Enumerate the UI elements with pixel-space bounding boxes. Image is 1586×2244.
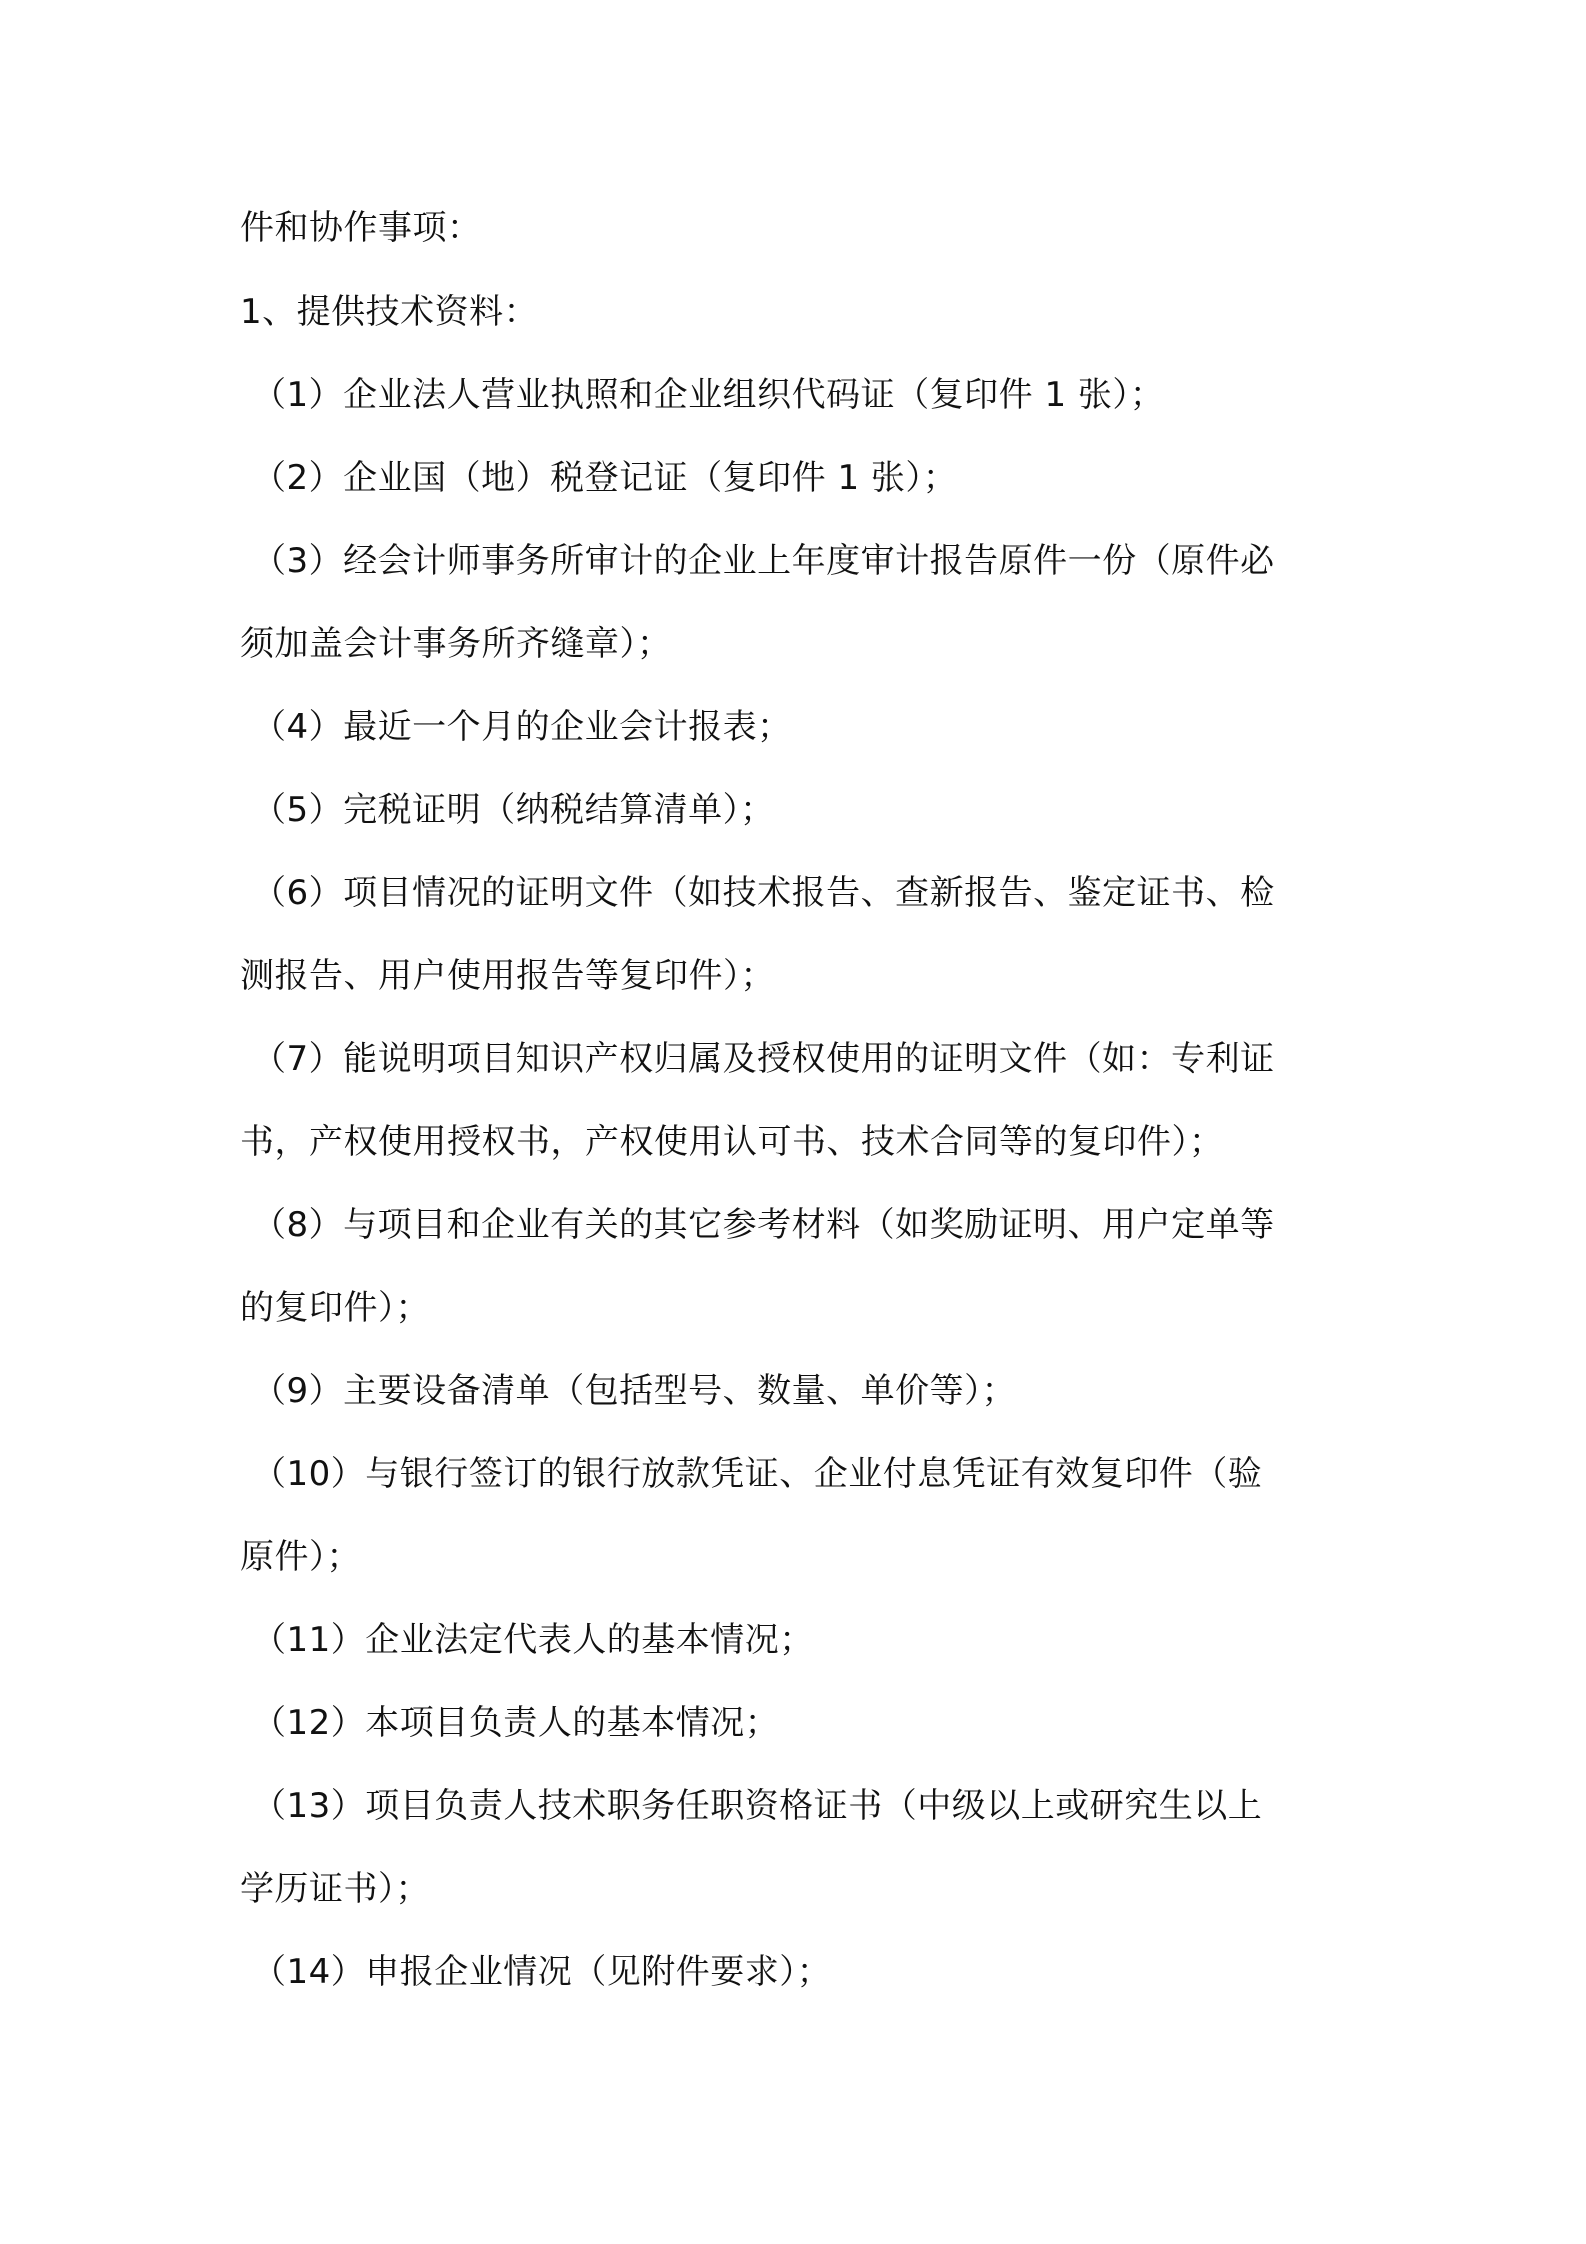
list-item-5: （5）完税证明（纳税结算清单）；	[252, 790, 775, 830]
list-item-4: （4）最近一个月的企业会计报表；	[252, 707, 792, 747]
list-item-8-continued: 的复印件）；	[240, 1288, 430, 1328]
list-item-13: （13）项目负责人技术职务任职资格证书（中级以上或研究生以上	[252, 1786, 1262, 1826]
list-item-3: （3）经会计师事务所审计的企业上年度审计报告原件一份（原件必	[252, 541, 1275, 581]
list-item-7: （7）能说明项目知识产权归属及授权使用的证明文件（如：专利证	[252, 1039, 1275, 1079]
list-item-1: （1）企业法人营业执照和企业组织代码证（复印件 1 张）；	[252, 375, 1164, 415]
list-item-14: （14）申报企业情况（见附件要求）；	[252, 1952, 831, 1992]
list-item-11: （11）企业法定代表人的基本情况；	[252, 1620, 814, 1660]
section-heading-technical-materials: 1、提供技术资料：	[240, 292, 538, 332]
list-item-10-continued: 原件）；	[240, 1537, 361, 1577]
list-item-6: （6）项目情况的证明文件（如技术报告、查新报告、鉴定证书、检	[252, 873, 1275, 913]
document-page: 件和协作事项： 1、提供技术资料： （1）企业法人营业执照和企业组织代码证（复印…	[0, 0, 1586, 2244]
list-item-9: （9）主要设备清单（包括型号、数量、单价等）；	[252, 1371, 1016, 1411]
list-item-13-continued: 学历证书）；	[240, 1869, 430, 1909]
list-item-10: （10）与银行签订的银行放款凭证、企业付息凭证有效复印件（验	[252, 1454, 1262, 1494]
list-item-12: （12）本项目负责人的基本情况；	[252, 1703, 779, 1743]
section-continuation-heading: 件和协作事项：	[240, 208, 482, 248]
list-item-6-continued: 测报告、用户使用报告等复印件）；	[240, 956, 775, 996]
list-item-2: （2）企业国（地）税登记证（复印件 1 张）；	[252, 458, 957, 498]
list-item-3-continued: 须加盖会计事务所齐缝章）；	[240, 624, 672, 664]
list-item-7-continued: 书，产权使用授权书，产权使用认可书、技术合同等的复印件）；	[240, 1122, 1224, 1162]
list-item-8: （8）与项目和企业有关的其它参考材料（如奖励证明、用户定单等	[252, 1205, 1275, 1245]
